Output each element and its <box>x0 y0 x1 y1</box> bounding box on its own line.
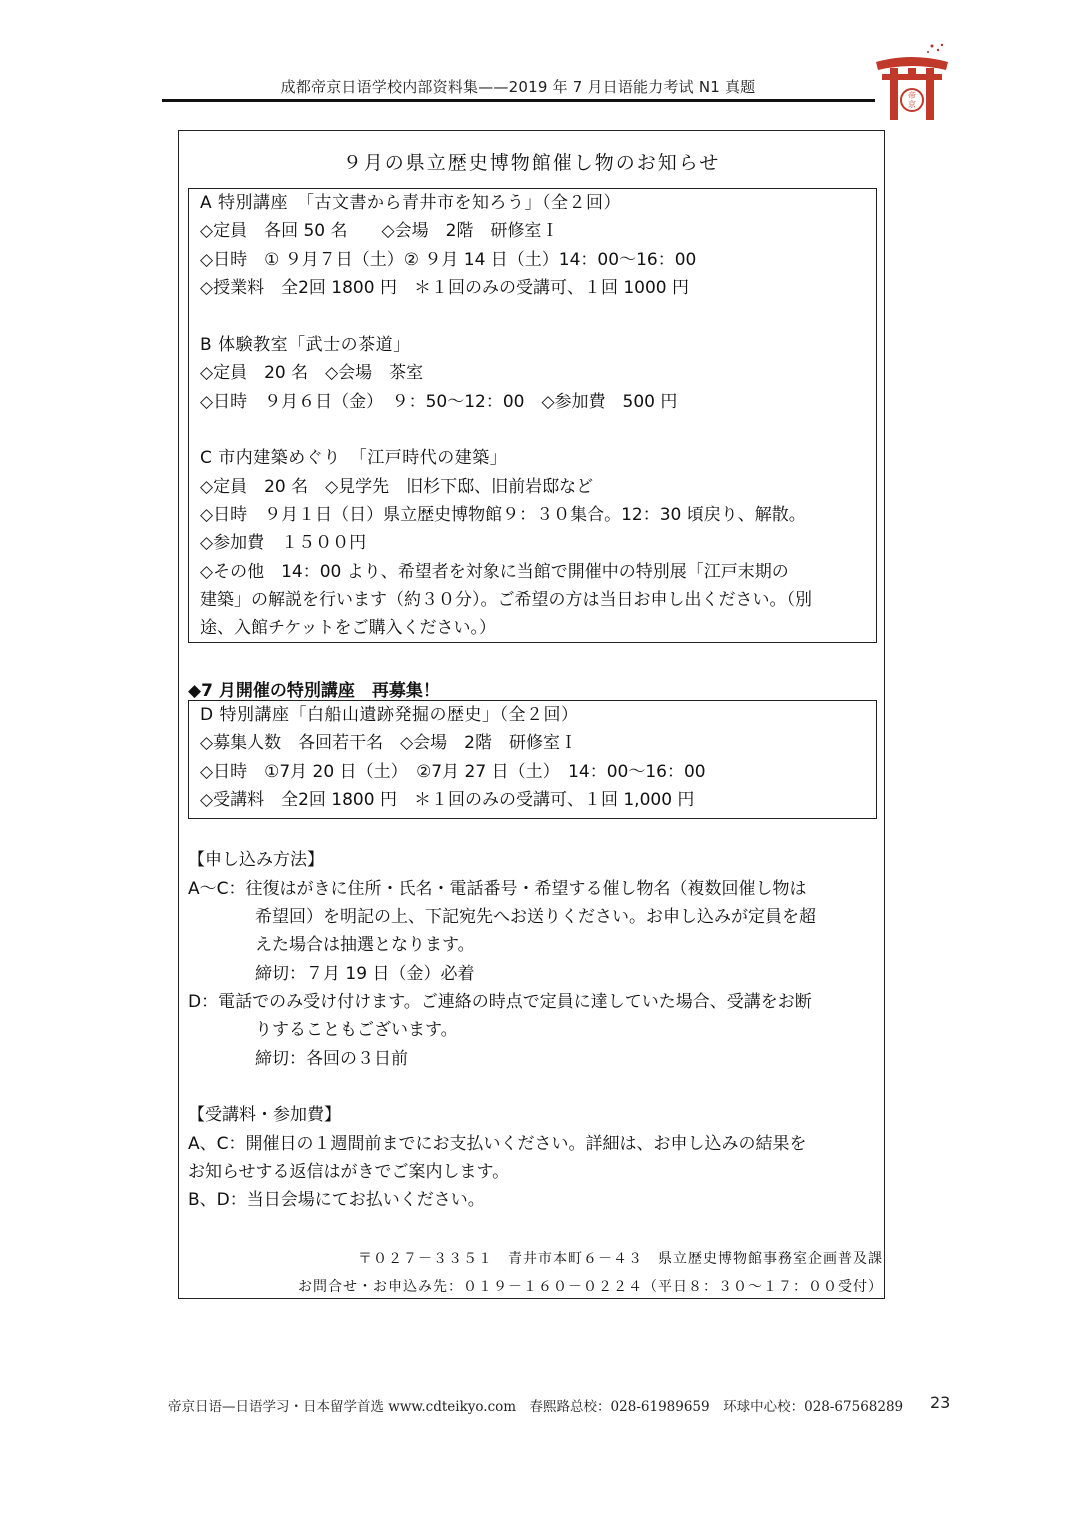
fees-bd-line: B、D：当日会場にてお払いください。 <box>188 1190 485 1210</box>
application-heading: 【申し込み方法】 <box>188 850 324 870</box>
event-d-fee: ◇受講料 全2回 1800 円 ＊１回のみの受講可、１回 1,000 円 <box>200 790 694 810</box>
page-number: 23 <box>930 1393 950 1412</box>
header-divider <box>162 99 875 102</box>
event-a-heading: A 特別講座 「古文書から青井市を知ろう」（全２回） <box>200 193 621 213</box>
event-a-capacity: ◇定員 各回 50 名 ◇会場 2階 研修室Ｉ <box>200 221 558 241</box>
notice-title: ９月の県立歴史博物館催し物のお知らせ <box>178 148 885 175</box>
svg-text:京: 京 <box>908 99 916 109</box>
event-d-datetime: ◇日時 ①7月 20 日（土） ②7月 27 日（土） 14：00〜16：00 <box>200 762 706 782</box>
torii-gate-logo-icon: 帝 京 <box>872 40 952 122</box>
fees-heading: 【受講料・参加費】 <box>188 1105 341 1125</box>
application-ac-line-1: A〜C：往復はがきに住所・氏名・電話番号・希望する催し物名（複数回催し物は <box>188 879 807 899</box>
event-c-heading: C 市内建築めぐり 「江戸時代の建築」 <box>200 448 507 468</box>
application-ac-line-3: えた場合は抽選となります。 <box>255 935 475 955</box>
application-d-line-1: D：電話でのみ受け付けます。ご連絡の時点で定員に達していた場合、受講をお断 <box>188 992 812 1012</box>
header-title: 成都帝京日语学校内部资料集——2019 年 7 月日语能力考试 N1 真题 <box>160 76 876 97</box>
event-c-other: ◇その他 14：00 より、希望者を対象に当館で開催中の特別展「江戸末期の <box>200 562 789 582</box>
fees-ac-line-1: A、C：開催日の１週間前までにお支払いください。詳細は、お申し込みの結果を <box>188 1134 807 1154</box>
application-ac-deadline: 締切：７月 19 日（金）必着 <box>255 964 474 984</box>
event-c-other-cont-2: 途、入館チケットをご購入ください。） <box>200 618 496 638</box>
event-a-fee: ◇授業料 全2回 1800 円 ＊１回のみの受講可、１回 1000 円 <box>200 278 689 298</box>
footer-text: 帝京日语—日语学习・日本留学首选 www.cdteikyo.com 春熙路总校：… <box>168 1395 903 1415</box>
event-d-capacity: ◇募集人数 各回若干名 ◇会場 2階 研修室Ｉ <box>200 733 577 753</box>
application-d-line-2: りすることもございます。 <box>255 1020 458 1040</box>
event-c-fee: ◇参加費 １５００円 <box>200 533 366 553</box>
svg-text:帝: 帝 <box>908 90 916 100</box>
event-a-datetime: ◇日時 ① ９月７日（土）② ９月 14 日（土）14：00〜16：00 <box>200 250 696 270</box>
contact-phone: お問合せ・お申込み先：０１９－１６０－０２２４（平日８：３０〜１７：００受付） <box>298 1276 883 1296</box>
contact-address: 〒０２７－３３５１ 青井市本町６－４３ 県立歴史博物館事務室企画普及課 <box>358 1248 883 1268</box>
application-ac-line-2: 希望回）を明記の上、下記宛先へお送りください。お申し込みが定員を超 <box>255 907 816 927</box>
event-c-capacity: ◇定員 20 名 ◇見学先 旧杉下邸、旧前岩邸など <box>200 477 593 497</box>
event-b-datetime: ◇日時 ９月６日（金） ９：50〜12：00 ◇参加費 500 円 <box>200 392 677 412</box>
event-d-heading: D 特別講座「白船山遺跡発掘の歴史」（全２回） <box>200 705 579 725</box>
event-b-capacity: ◇定員 20 名 ◇会場 茶室 <box>200 363 423 383</box>
recruit-heading: ◆7 月開催の特別講座 再募集！ <box>188 676 440 701</box>
event-c-other-cont-1: 建築」の解説を行います（約３０分）。ご希望の方は当日お申し出ください。（別 <box>200 590 812 610</box>
application-d-deadline: 締切：各回の３日前 <box>255 1049 408 1069</box>
fees-ac-line-2: お知らせする返信はがきでご案内します。 <box>188 1162 509 1182</box>
event-c-datetime: ◇日時 ９月１日（日）県立歴史博物館９：３０集合。12：30 頃戻り、解散。 <box>200 505 806 525</box>
event-b-heading: B 体験教室「武士の茶道」 <box>200 335 411 355</box>
